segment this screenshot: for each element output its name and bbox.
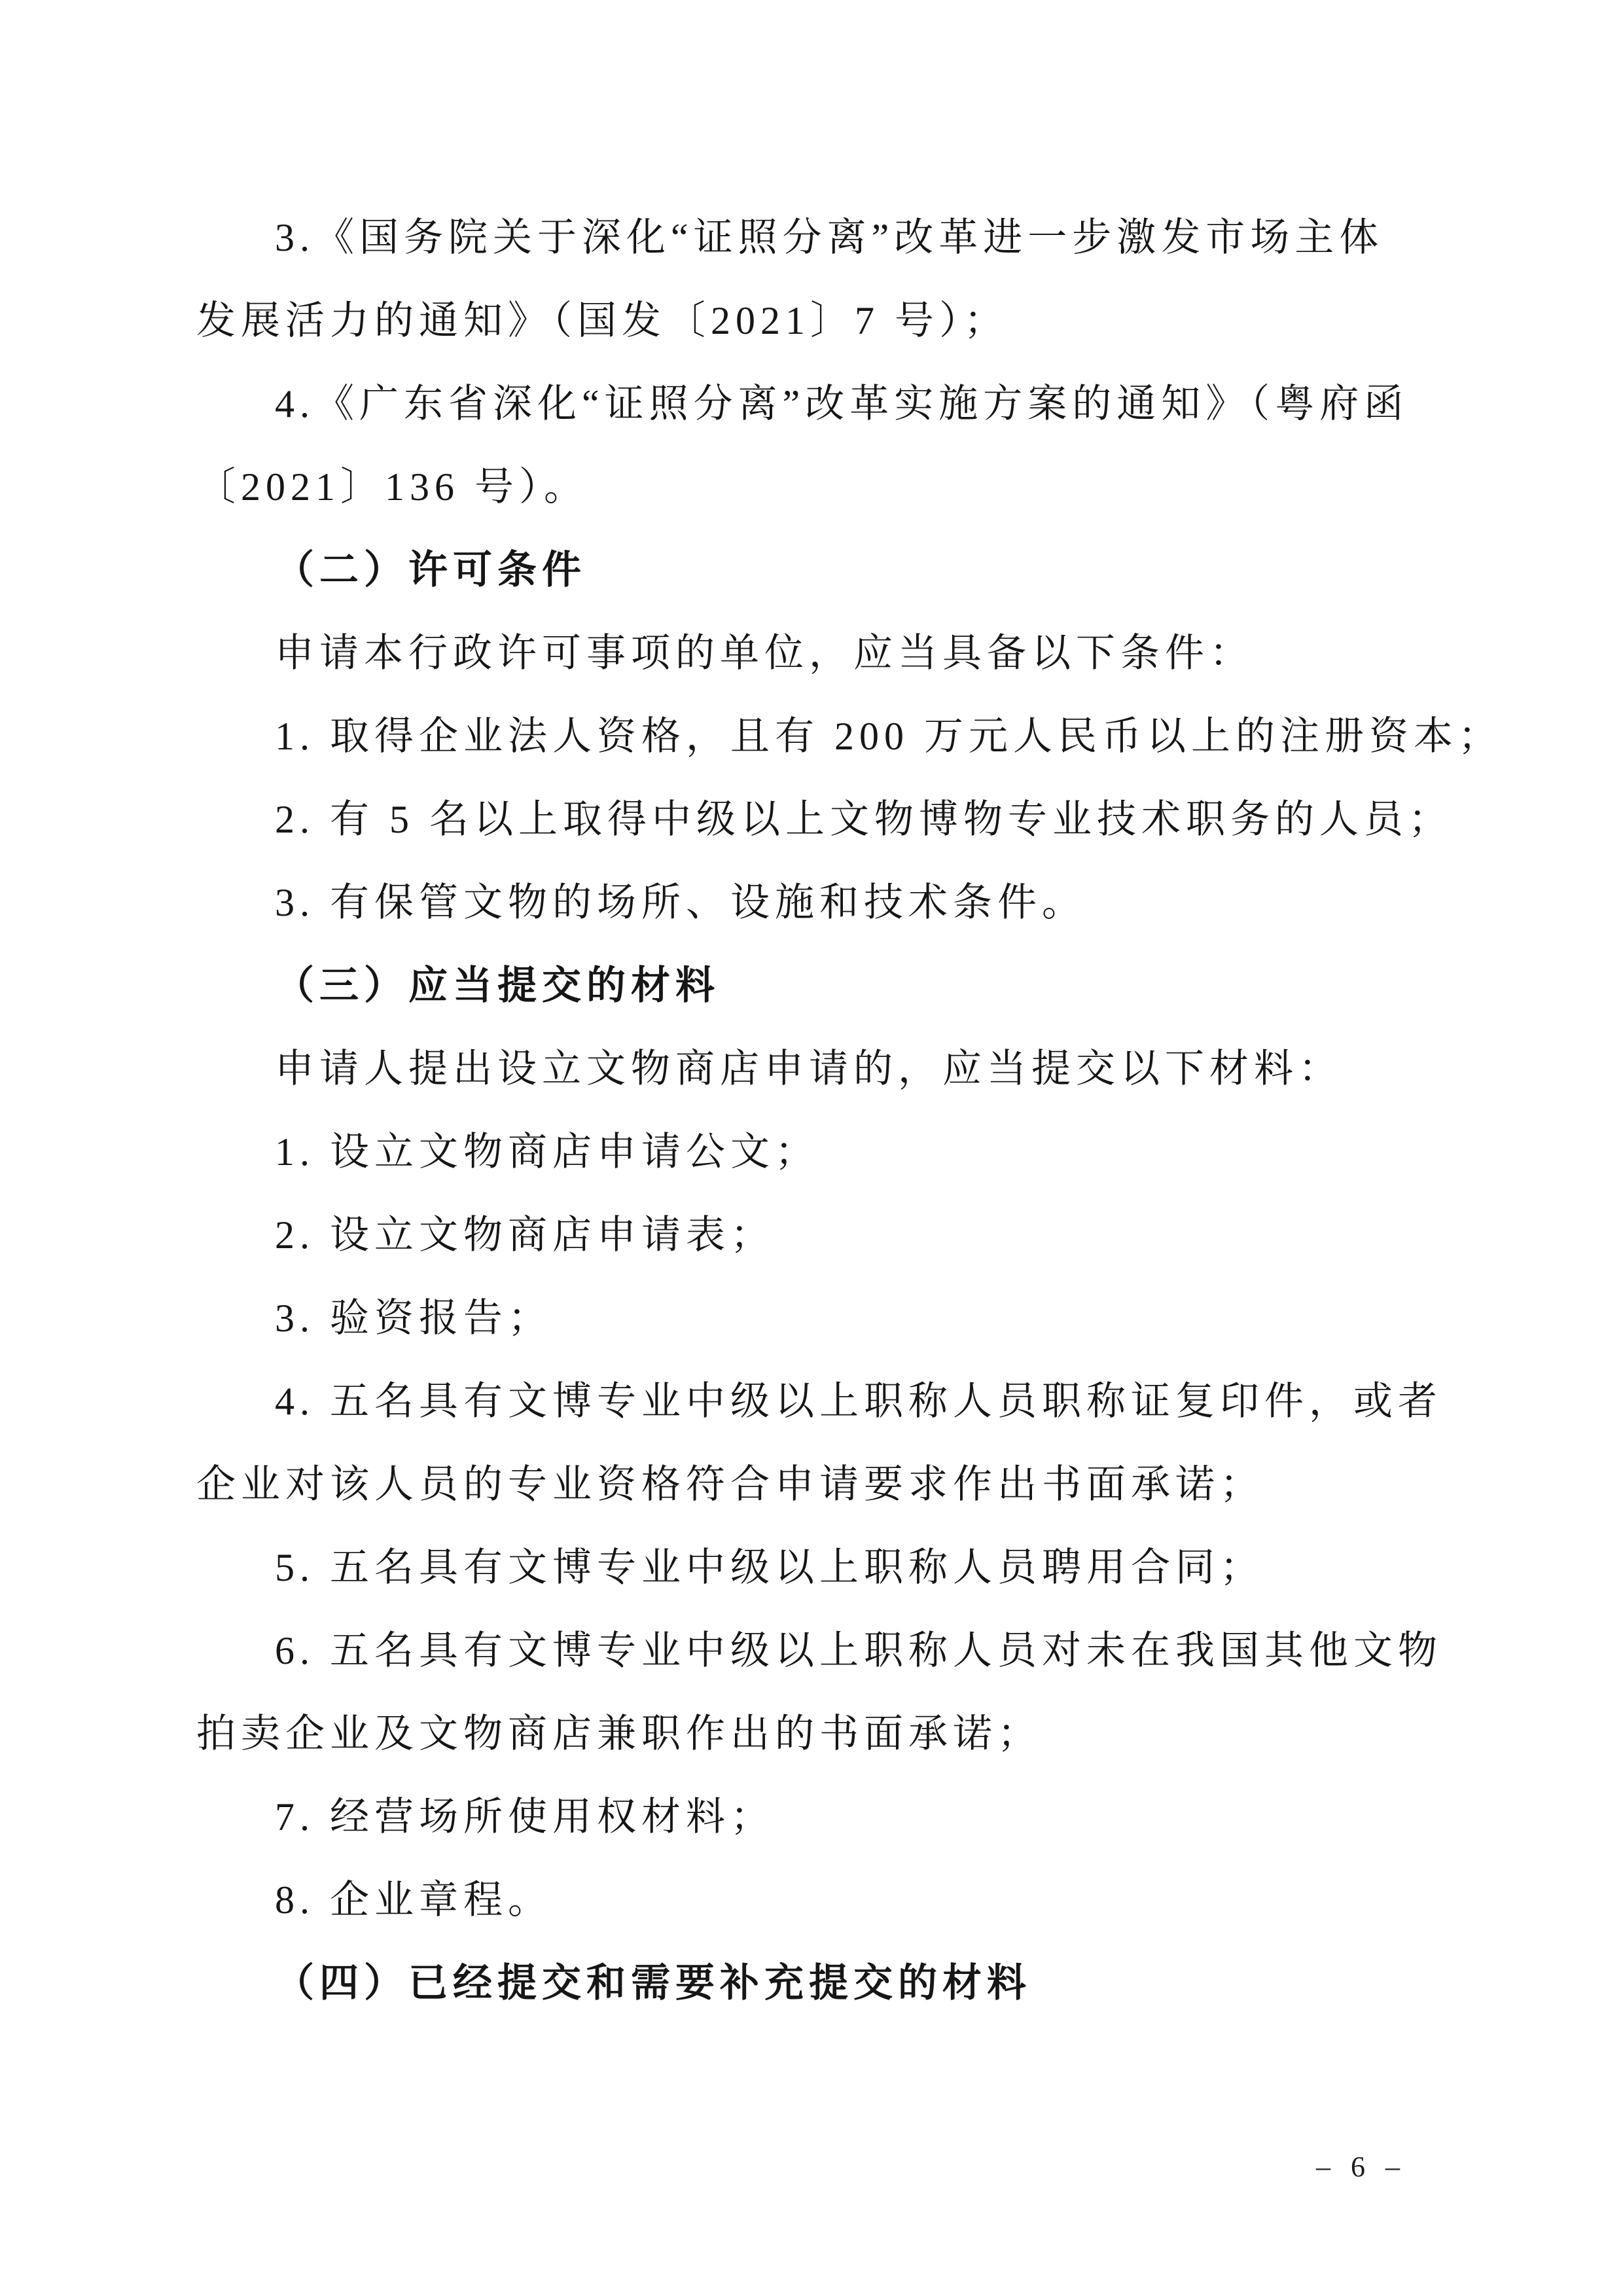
text-line: 2. 有 5 名以上取得中级以上文物博物专业技术职务的人员； bbox=[196, 778, 1433, 861]
text-line: 7. 经营场所使用权材料； bbox=[196, 1776, 1433, 1859]
section-heading: （二）许可条件 bbox=[196, 529, 1433, 612]
text-line: 3. 有保管文物的场所、设施和技术条件。 bbox=[196, 861, 1433, 944]
text-line: 企业对该人员的专业资格符合申请要求作出书面承诺； bbox=[196, 1443, 1433, 1526]
text-line: 发展活力的通知》（国发〔2021〕7 号）； bbox=[196, 279, 1433, 363]
section-heading: （四）已经提交和需要补充提交的材料 bbox=[196, 1942, 1433, 2025]
text-line: 1. 设立文物商店申请公文； bbox=[196, 1111, 1433, 1194]
text-line: 申请人提出设立文物商店申请的，应当提交以下材料： bbox=[196, 1028, 1433, 1111]
page-number: – 6 – bbox=[1283, 2149, 1440, 2185]
text-line: 8. 企业章程。 bbox=[196, 1859, 1433, 1942]
text-line: 4.《广东省深化“证照分离”改革实施方案的通知》（粤府函 bbox=[196, 363, 1433, 446]
text-line: 〔2021〕136 号）。 bbox=[196, 446, 1433, 529]
document-body: 3.《国务院关于深化“证照分离”改革进一步激发市场主体 发展活力的通知》（国发〔… bbox=[196, 196, 1433, 2025]
text-line: 6. 五名具有文博专业中级以上职称人员对未在我国其他文物 bbox=[196, 1609, 1433, 1693]
text-line: 1. 取得企业法人资格，且有 200 万元人民币以上的注册资本； bbox=[196, 695, 1433, 778]
text-line: 3.《国务院关于深化“证照分离”改革进一步激发市场主体 bbox=[196, 196, 1433, 279]
text-line: 申请本行政许可事项的单位，应当具备以下条件： bbox=[196, 612, 1433, 695]
document-page: 3.《国务院关于深化“证照分离”改革进一步激发市场主体 发展活力的通知》（国发〔… bbox=[0, 0, 1623, 2296]
text-line: 拍卖企业及文物商店兼职作出的书面承诺； bbox=[196, 1693, 1433, 1776]
text-line: 3. 验资报告； bbox=[196, 1277, 1433, 1360]
text-line: 4. 五名具有文博专业中级以上职称人员职称证复印件，或者 bbox=[196, 1360, 1433, 1443]
text-line: 2. 设立文物商店申请表； bbox=[196, 1194, 1433, 1277]
section-heading: （三）应当提交的材料 bbox=[196, 944, 1433, 1028]
text-line: 5. 五名具有文博专业中级以上职称人员聘用合同； bbox=[196, 1526, 1433, 1609]
